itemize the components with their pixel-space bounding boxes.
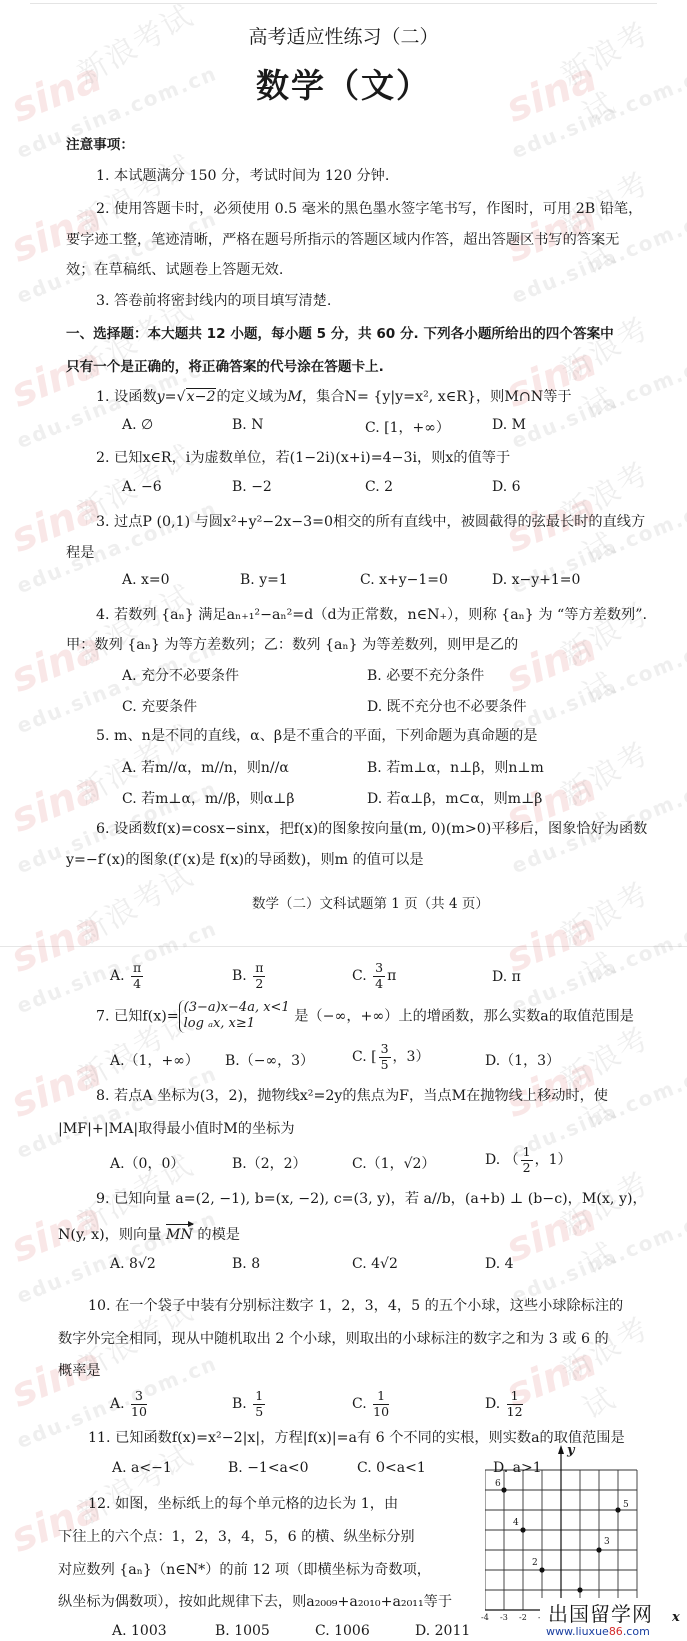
q10-option-b: B. 15 [232,1390,267,1418]
denominator: 12 [507,1405,523,1419]
q9-text: 的模是 [197,1227,240,1243]
q9-option-c: C. 4√2 [352,1256,398,1272]
watermark-sina-logo: sina [5,764,108,841]
option-label: D. [485,1396,500,1412]
q8-option-b: B.（2，2） [232,1153,307,1173]
corner-watermark-logo: 出国留学网 www.liuxue86.com x [540,1598,687,1641]
q4-option-d: D. 既不充分也不必要条件 [367,696,527,716]
q2-option-a: A. −6 [122,479,162,495]
x-tick: -3 [500,1613,508,1622]
question-3-cont: 程是 [66,542,94,562]
q9-text: N(y, x)，则向量 [58,1227,161,1243]
option-label: B. [232,1396,247,1412]
url-part: .com [623,1625,650,1638]
question-8-cont: |MF|+|MA|取得最小值时M的坐标为 [58,1118,295,1138]
q1-option-a: A. ∅ [122,417,153,433]
watermark-sina-logo: sina [5,1049,108,1126]
question-11: 11. 已知函数f(x)=x²−2|x|，方程|f(x)|=a有 6 个不同的实… [88,1427,625,1447]
q1-text: 的定义域为 [216,389,287,405]
point-label-3: 3 [604,1537,610,1547]
q7-option-b: B.（−∞，3） [225,1050,314,1070]
question-2: 2. 已知x∈R，i为虚数单位，若(1−2i)(x+i)=4−3i，则x的值等于 [96,447,510,467]
q4-option-a: A. 充分不必要条件 [122,665,239,685]
q7-option-d: D.（1，3） [485,1050,560,1070]
fraction: 110 [373,1390,389,1418]
denominator: 10 [373,1405,389,1419]
q7-option-c: C. [35，3） [352,1043,429,1071]
q1-option-d: D. M [492,417,526,433]
watermark-url: edu.sina.com.cn [508,636,687,738]
denominator: 5 [253,1405,265,1419]
watermark-sina-logo: sina [5,339,108,416]
point-label-4: 4 [513,1518,519,1528]
q7-text: 是（−∞，+∞）上的增函数，那么实数a的取值范围是 [294,1008,634,1024]
q7-option-a: A.（1，+∞） [110,1050,199,1070]
watermark-text: 新浪考试 [68,141,201,243]
piecewise-case: (3−a)x−4a, x<1 [184,1000,290,1016]
q2-option-c: C. 2 [365,479,393,495]
fraction: 112 [507,1390,523,1418]
piecewise-function: (3−a)x−4a, x<1log ₐx, x≥1 [179,1000,290,1033]
watermark-url: edu.sina.com.cn [508,206,687,308]
q3-option-c: C. x+y−1=0 [360,572,448,588]
q8-option-d: D. （12，1） [485,1146,572,1174]
q11-option-a: A. a<−1 [112,1460,172,1476]
x-tick: -2 [519,1613,527,1622]
option-label: A. [110,1396,125,1412]
numerator: 3 [379,1043,391,1058]
q2-option-b: B. −2 [232,479,272,495]
denominator: 2 [521,1161,533,1175]
piecewise-case: log ₐx, x≥1 [184,1016,290,1032]
denominator: 4 [373,977,385,991]
q2-option-d: D. 6 [492,479,521,495]
denominator: 4 [131,977,143,991]
denominator: 5 [379,1058,391,1072]
q4-option-c: C. 充要条件 [122,696,197,716]
q5-option-b: B. 若m⊥α，n⊥β，则n⊥m [367,757,544,777]
question-4-cont: 甲：数列 {aₙ} 为等方差数列；乙：数列 {aₙ} 为等差数列，则甲是乙的 [66,634,518,654]
section-heading: 只有一个是正确的，将正确答案的代号涂在答题卡上. [66,355,384,375]
page-separator [0,946,687,947]
q10-option-d: D. 112 [485,1390,525,1418]
q1-func: y= [157,389,177,405]
fraction: 15 [253,1390,265,1418]
watermark-text: 新浪考试 [551,290,687,427]
fraction: π2 [253,962,265,990]
corner-logo-url: www.liuxue86.com [546,1625,650,1638]
numerator: 3 [131,1390,147,1405]
question-9-cont: N(y, x)，则向量 MN 的模是 [58,1224,240,1244]
numerator: 1 [253,1390,265,1405]
exam-subtitle: 高考适应性练习（二） [0,22,687,49]
exam-title: 数学（文） [0,60,687,107]
q6-option-b: B. π2 [232,962,267,990]
x-axis-label: x [672,1610,680,1625]
denominator: 2 [253,977,265,991]
numerator: 3 [373,962,385,977]
bracket: [ [371,1049,376,1065]
fraction: π4 [131,962,143,990]
q12-option-a: A. 1003 [112,1623,167,1639]
watermark-text: 新浪考试 [551,575,687,712]
question-5: 5. m、n是不同的直线，α、β是不重合的平面，下列命题为真命题的是 [96,725,537,745]
note-item: 效；在草稿纸、试题卷上答题无效. [66,259,283,279]
q1-set-m: M [287,389,302,405]
q10-option-c: C. 110 [352,1390,391,1418]
q7-text: 7. 已知f(x)= [96,1008,179,1024]
q1-option-b: B. N [232,417,263,433]
vector-mn: MN [166,1227,193,1243]
option-label: C. [352,968,367,984]
point-label-6: 6 [495,1479,501,1489]
option-label: B. [232,968,247,984]
question-7: 7. 已知f(x)=(3−a)x−4a, x<1log ₐx, x≥1 是（−∞… [96,1000,634,1033]
q8-option-c: C.（1，√2） [352,1153,435,1173]
q4-option-b: B. 必要不充分条件 [367,665,484,685]
q3-option-b: B. y=1 [240,572,288,588]
option-tail: π [512,969,521,985]
question-4: 4. 若数列 {aₙ} 满足aₙ₊₁²−aₙ²=d（d为正常数，n∈N₊），则称… [96,604,647,624]
question-3: 3. 过点P (0,1) 与圆x²+y²−2x−3=0相交的所有直线中，被圆截得… [96,511,645,531]
fraction: 12 [521,1146,533,1174]
point-label-5: 5 [623,1500,629,1510]
x-tick: -4 [481,1613,489,1622]
watermark-url: edu.sina.com.cn [13,1061,220,1163]
q1-option-c: C. [1，+∞） [365,417,450,437]
option-tail: π [387,968,396,984]
numerator: 1 [507,1390,523,1405]
question-6: 6. 设函数f(x)=cosx−sinx，把f(x)的图象按向量(m, 0)(m… [96,818,647,838]
question-10-cont: 数字外完全相同，现从中随机取出 2 个小球，则取出的小球标注的数字之和为 3 或… [58,1328,609,1348]
q11-option-c: C. 0<a<1 [357,1460,426,1476]
page-footer: 数学（二）文科试题第 1 页（共 4 页） [252,892,489,912]
option-label: A. [110,968,125,984]
bracket: ，3） [393,1049,430,1065]
q1-text: 1. 设函数 [96,389,157,405]
question-1: 1. 设函数y=√x−2的定义域为M，集合N= {y|y=x², x∈R}，则M… [96,386,572,406]
fraction: 35 [379,1043,391,1071]
bracket: （ [505,1152,519,1168]
note-item: 2. 使用答题卡时，必须使用 0.5 毫米的黑色墨水签字笔书写，作图时，可用 2… [96,198,642,218]
numerator: 1 [373,1390,389,1405]
option-label: C. [352,1049,367,1065]
top-rule [30,3,657,4]
question-10-cont: 概率是 [58,1360,101,1380]
q1-radicand: x−2 [186,388,217,405]
watermark-text: 新浪考试 [551,855,687,992]
q9-option-d: D. 4 [485,1256,514,1272]
q3-option-d: D. x−y+1=0 [492,572,580,588]
notes-heading: 注意事项： [66,133,134,153]
option-label: D. [485,1152,500,1168]
q3-option-a: A. x=0 [122,572,170,588]
point-label-2: 2 [532,1558,538,1568]
q8-option-a: A.（0，0） [110,1153,184,1173]
option-label: D. [492,969,507,985]
note-item: 3. 答卷前将密封线内的项目填写清楚. [96,290,331,310]
section-heading: 一、选择题：本大题共 12 小题，每小题 5 分，共 60 分. 下列各小题所给… [66,322,614,342]
q10-option-a: A. 310 [110,1390,149,1418]
watermark-url: edu.sina.com.cn [508,1206,687,1308]
q11-option-b: B. −1<a<0 [228,1460,309,1476]
question-9: 9. 已知向量 a=(2, −1), b=(x, −2), c=(3, y)，若… [96,1188,647,1208]
watermark-sina-logo: sina [5,904,108,981]
corner-logo-text: 出国留学网 [548,1598,653,1627]
watermark-text: 新浪考试 [551,435,687,572]
url-part: www.liuxue [546,1625,609,1638]
question-8: 8. 若点A 坐标为(3，2)，抛物线x²=2y的焦点为F，当点M在抛物线上移动… [96,1085,608,1105]
q6-option-d: D. π [492,969,521,985]
question-12-cont: 纵坐标为偶数项），按如此规律下去，则a₂₀₀₉+a₂₀₁₀+a₂₀₁₁等于 [58,1591,452,1611]
q1-text: ，集合N= {y|y=x², x∈R}，则M∩N等于 [302,389,572,405]
numerator: π [131,962,143,977]
q5-option-d: D. 若α⊥β，m⊂α，则m⊥β [367,788,542,808]
q12-option-c: C. 1006 [315,1623,370,1639]
q12-option-b: B. 1005 [215,1623,270,1639]
question-12-cont: 下往上的六个点：1，2，3，4，5，6 的横、纵坐标分别 [58,1526,415,1546]
bracket: ，1） [535,1152,572,1168]
q6-option-a: A. π4 [110,962,145,990]
question-12-cont: 对应数列 {aₙ}（n∈N*）的前 12 项（即横坐标为奇数项， [58,1559,431,1579]
numerator: π [253,962,265,977]
fraction: 310 [131,1390,147,1418]
q12-option-d: D. 2011 [415,1623,470,1639]
url-part: 86 [609,1625,623,1638]
question-6-cont: y=−f′(x)的图象(f′(x)是 f(x)的导函数)，则m 的值可以是 [66,849,424,869]
watermark-text: 新浪考试 [551,1145,687,1282]
option-label: C. [352,1396,367,1412]
note-item: 1. 本试题满分 150 分，考试时间为 120 分钟. [96,165,389,185]
q6-option-c: C. 34π [352,962,396,990]
denominator: 10 [131,1405,147,1419]
q11-option-d: D. a>1 [493,1460,542,1476]
q5-option-c: C. 若m⊥α，m//β，则α⊥β [122,788,295,808]
q9-option-a: A. 8√2 [110,1256,156,1272]
note-item: 要字迹工整，笔迹清晰，严格在题号所指示的答题区域内作答，超出答题区书写的答案无 [66,229,619,249]
question-10: 10. 在一个袋子中装有分别标注数字 1，2，3，4，5 的五个小球，这些小球除… [88,1295,623,1315]
q9-option-b: B. 8 [232,1256,260,1272]
numerator: 1 [521,1146,533,1161]
question-12: 12. 如图，坐标纸上的每个单元格的边长为 1，由 [88,1493,398,1513]
fraction: 34 [373,962,385,990]
q5-option-a: A. 若m//α，m//n，则n//α [122,757,289,777]
